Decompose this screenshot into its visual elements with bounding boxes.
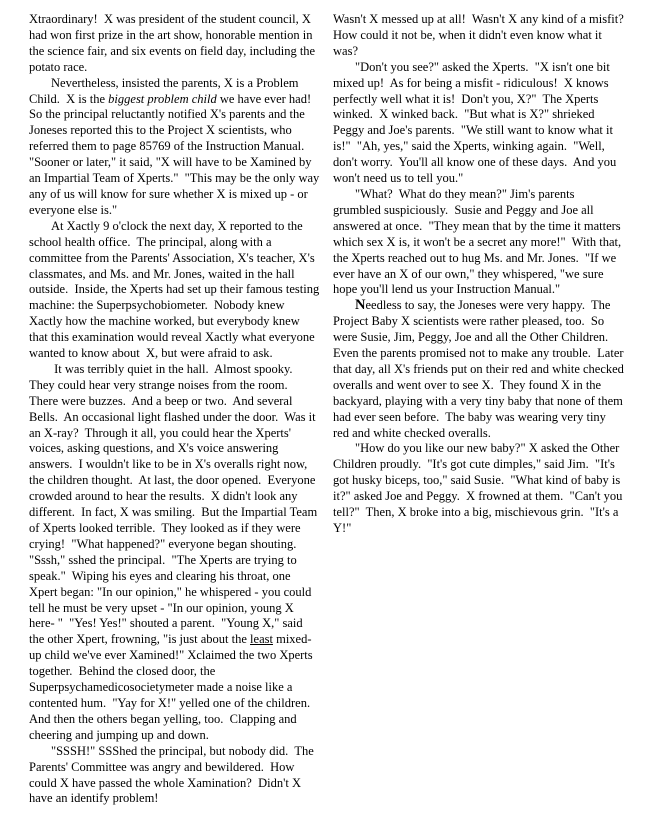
paragraph: Xtraordinary! X was president of the stu…	[29, 12, 320, 76]
paragraph: It was terribly quiet in the hall. Almos…	[29, 362, 320, 744]
two-column-layout: Xtraordinary! X was president of the stu…	[0, 0, 650, 807]
text-run: "Don't you see?" asked the Xperts. "X is…	[333, 60, 619, 185]
text-run: "How do you like our new baby?" X asked …	[333, 441, 626, 535]
paragraph: At Xactly 9 o'clock the next day, X repo…	[29, 219, 320, 362]
text-run: "SSSH!" SSShed the principal, but nobody…	[29, 744, 317, 806]
text-run: Xtraordinary! X was president of the stu…	[29, 12, 318, 74]
text-run: we have ever had! So the principal reluc…	[29, 92, 322, 217]
paragraph: Wasn't X messed up at all! Wasn't X any …	[333, 12, 624, 60]
column-right: Wasn't X messed up at all! Wasn't X any …	[333, 12, 624, 807]
text-run: Wasn't X messed up at all! Wasn't X any …	[333, 12, 630, 58]
text-run: least	[250, 632, 273, 646]
paragraph: Needless to say, the Joneses were very h…	[333, 298, 624, 441]
paragraph: Nevertheless, insisted the parents, X is…	[29, 76, 320, 219]
paragraph: "Don't you see?" asked the Xperts. "X is…	[333, 60, 624, 187]
column-left: Xtraordinary! X was president of the stu…	[29, 12, 320, 807]
paragraph: "SSSH!" SSShed the principal, but nobody…	[29, 744, 320, 808]
text-run: eedless to say, the Joneses were very ha…	[333, 298, 627, 439]
text-run: It was terribly quiet in the hall. Almos…	[29, 362, 320, 646]
paragraph: "How do you like our new baby?" X asked …	[333, 441, 624, 536]
text-run: "What? What do they mean?" Jim's parents…	[333, 187, 624, 296]
text-run: At Xactly 9 o'clock the next day, X repo…	[29, 219, 322, 360]
text-run: biggest problem child	[108, 92, 217, 106]
text-run: N	[355, 297, 365, 313]
document-page: Xtraordinary! X was president of the stu…	[0, 0, 650, 836]
text-run: mixed-up child we've ever Xamined!" Xcla…	[29, 632, 316, 741]
paragraph: "What? What do they mean?" Jim's parents…	[333, 187, 624, 298]
